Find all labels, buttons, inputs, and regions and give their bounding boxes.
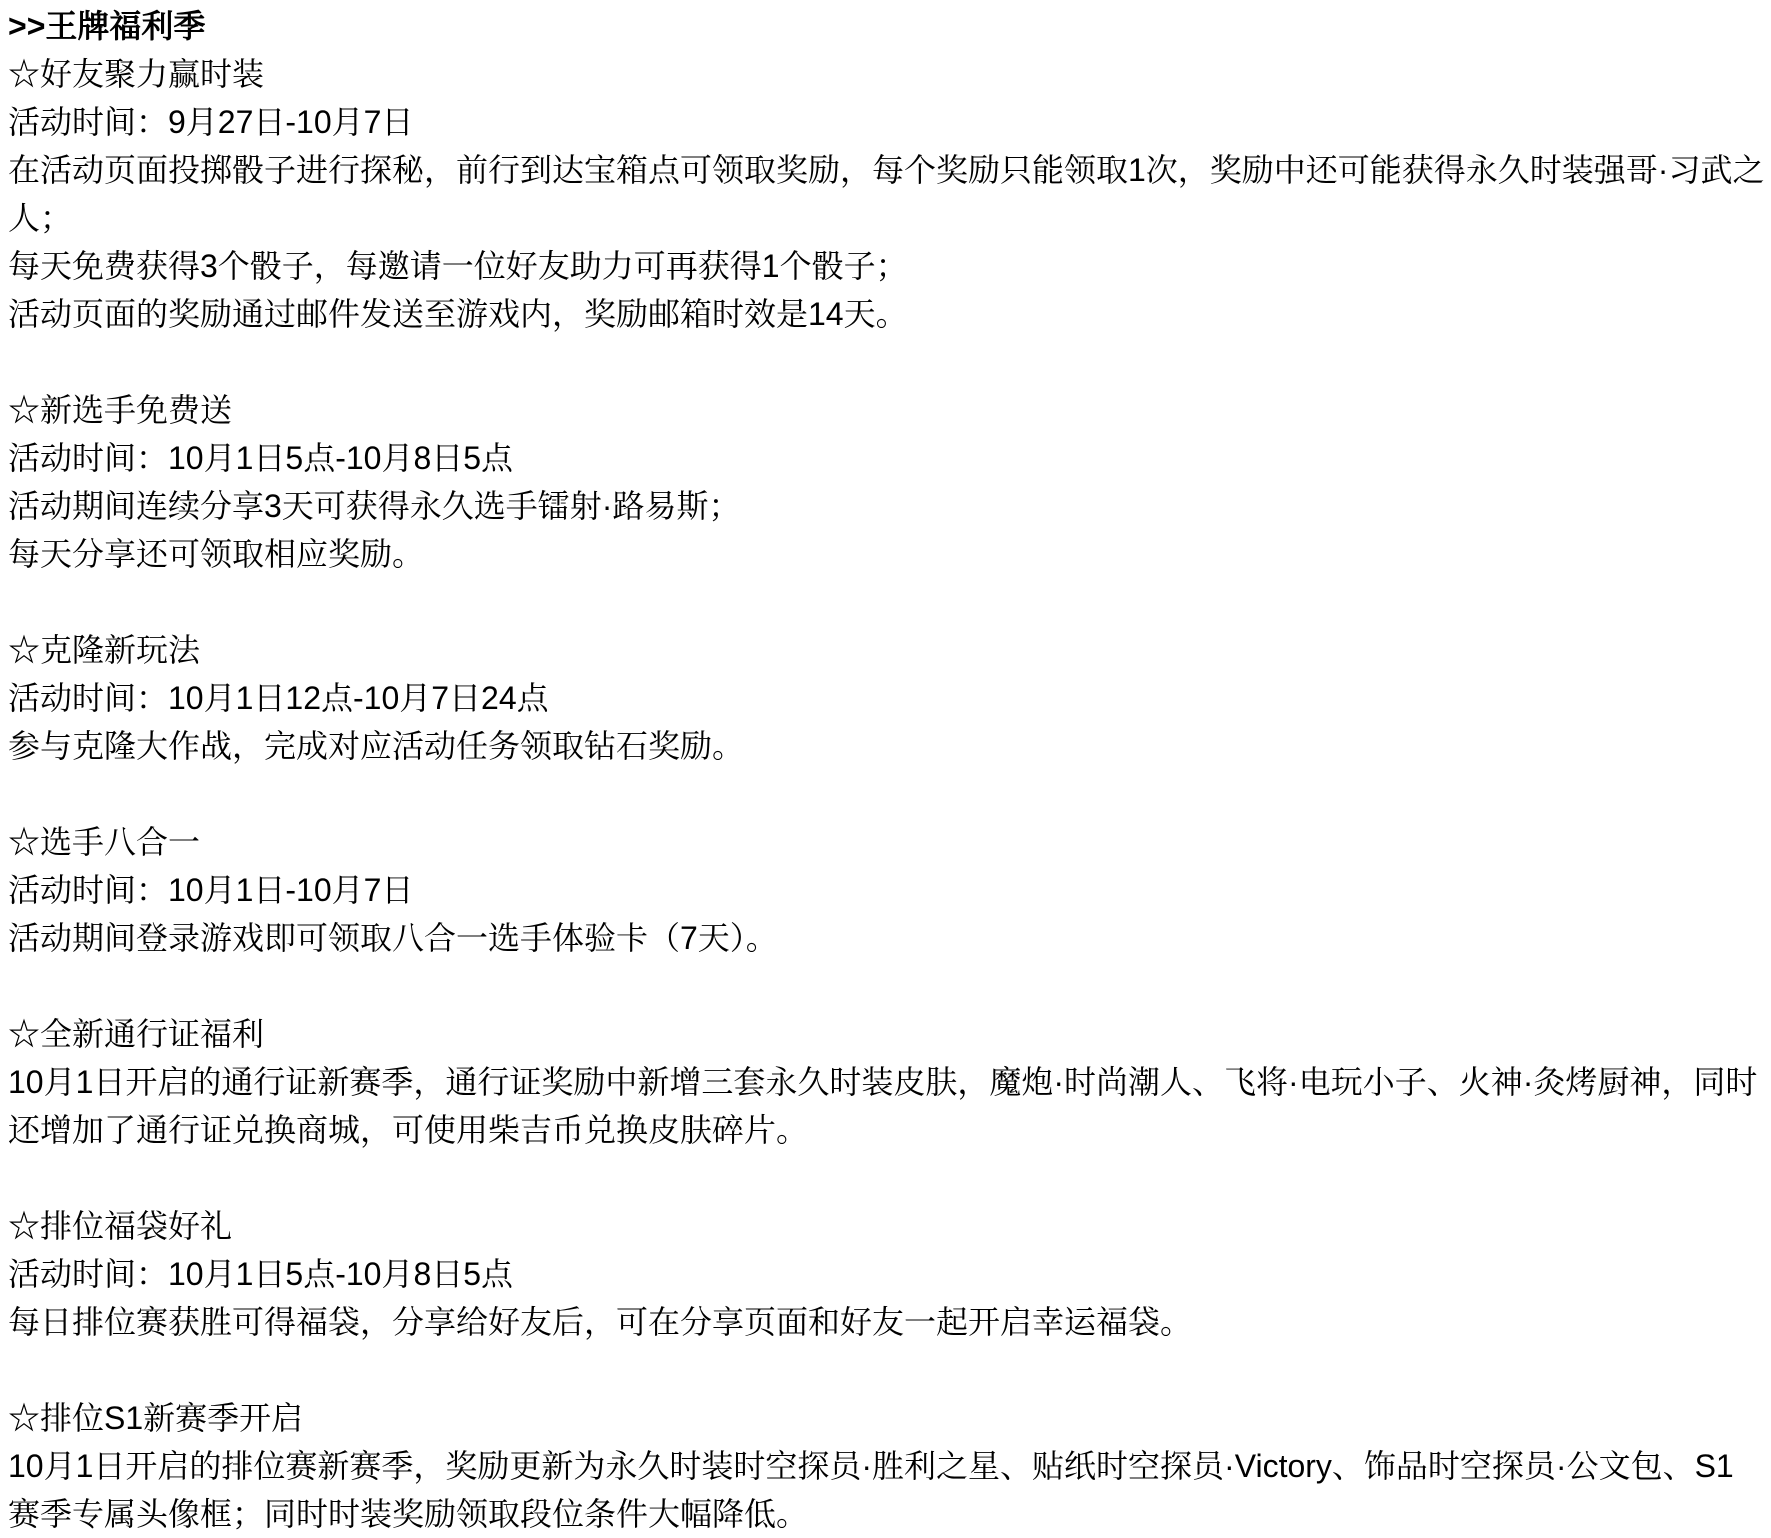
body-line: 10月1日开启的通行证新赛季，通行证奖励中新增三套永久时装皮肤，魔炮·时尚潮人、… xyxy=(8,1058,1765,1154)
body-line: 10月1日开启的排位赛新赛季，奖励更新为永久时装时空探员·胜利之星、贴纸时空探员… xyxy=(8,1442,1765,1538)
body-line: 参与克隆大作战，完成对应活动任务领取钻石奖励。 xyxy=(8,722,1765,770)
section-heading: ☆选手八合一 xyxy=(8,818,1765,866)
blank-line xyxy=(8,338,1765,386)
activity-time-line: 活动时间：10月1日12点-10月7日24点 xyxy=(8,674,1765,722)
body-line: 活动页面的奖励通过邮件发送至游戏内，奖励邮箱时效是14天。 xyxy=(8,290,1765,338)
section-heading: ☆全新通行证福利 xyxy=(8,1010,1765,1058)
activity-time-line: 活动时间：10月1日-10月7日 xyxy=(8,866,1765,914)
body-line: 每天分享还可领取相应奖励。 xyxy=(8,530,1765,578)
section-heading: ☆排位S1新赛季开启 xyxy=(8,1394,1765,1442)
blank-line xyxy=(8,770,1765,818)
activity-time-line: 活动时间：10月1日5点-10月8日5点 xyxy=(8,434,1765,482)
section-heading: ☆排位福袋好礼 xyxy=(8,1202,1765,1250)
section-heading: ☆好友聚力赢时装 xyxy=(8,50,1765,98)
blank-line xyxy=(8,962,1765,1010)
body-line: 每日排位赛获胜可得福袋，分享给好友后，可在分享页面和好友一起开启幸运福袋。 xyxy=(8,1298,1765,1346)
body-line: 活动期间登录游戏即可领取八合一选手体验卡（7天）。 xyxy=(8,914,1765,962)
announcement-document: >>王牌福利季 ☆好友聚力赢时装 活动时间：9月27日-10月7日 在活动页面投… xyxy=(0,0,1771,1538)
body-line: 在活动页面投掷骰子进行探秘，前行到达宝箱点可领取奖励，每个奖励只能领取1次，奖励… xyxy=(8,146,1765,242)
section-heading: ☆克隆新玩法 xyxy=(8,626,1765,674)
activity-time-line: 活动时间：10月1日5点-10月8日5点 xyxy=(8,1250,1765,1298)
doc-title: >>王牌福利季 xyxy=(8,2,1765,50)
body-line: 活动期间连续分享3天可获得永久选手镭射·路易斯； xyxy=(8,482,1765,530)
section-heading: ☆新选手免费送 xyxy=(8,386,1765,434)
activity-time-line: 活动时间：9月27日-10月7日 xyxy=(8,98,1765,146)
blank-line xyxy=(8,578,1765,626)
blank-line xyxy=(8,1154,1765,1202)
body-line: 每天免费获得3个骰子，每邀请一位好友助力可再获得1个骰子； xyxy=(8,242,1765,290)
blank-line xyxy=(8,1346,1765,1394)
